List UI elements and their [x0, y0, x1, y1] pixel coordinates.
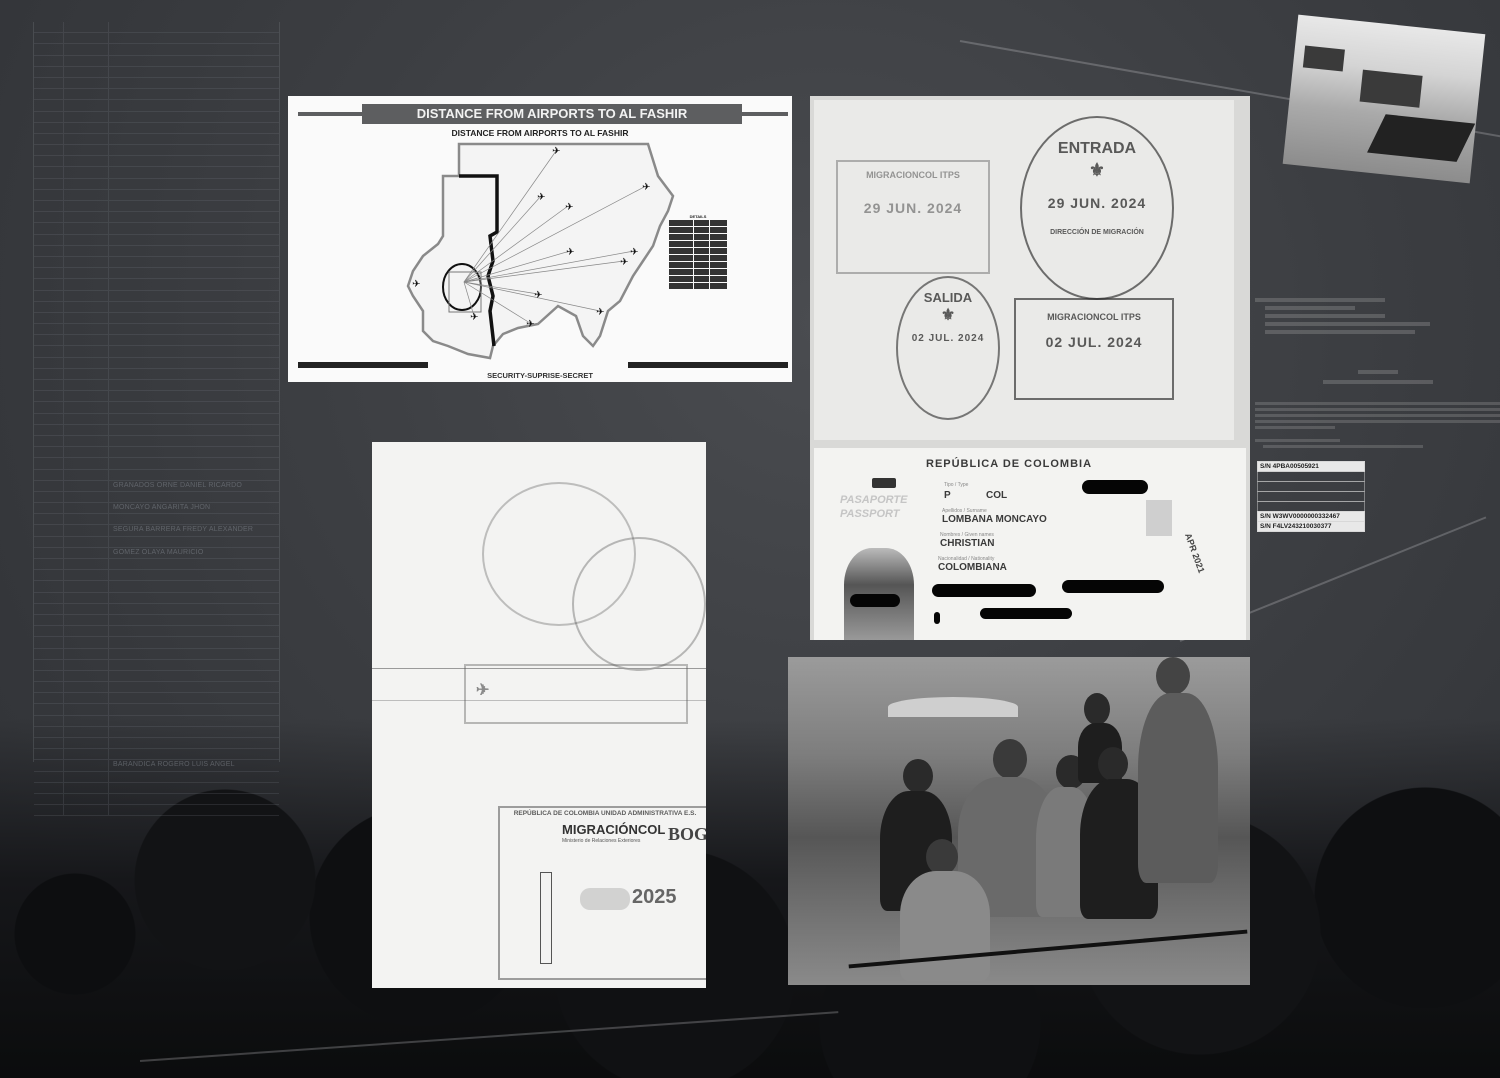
roster-row	[34, 212, 279, 223]
roster-cell-n	[34, 514, 64, 524]
passport-type: P	[944, 490, 951, 501]
serial-number-row: S/N F4LV243210030377	[1257, 521, 1365, 532]
roster-cell-n	[34, 257, 64, 267]
roster-cell-n	[34, 458, 64, 468]
map-details-row	[669, 248, 727, 254]
roster-cell-code	[64, 268, 109, 278]
roster-cell-n	[34, 716, 64, 726]
roster-cell-code	[64, 660, 109, 670]
roster-row	[34, 637, 279, 648]
roster-cell-name	[109, 593, 279, 603]
redaction-bar	[980, 608, 1072, 619]
roster-cell-n	[34, 67, 64, 77]
redaction-bar	[934, 612, 940, 624]
roster-cell-n	[34, 235, 64, 245]
passport-surname: LOMBANA MONCAYO	[942, 514, 1047, 525]
roster-cell-name	[109, 44, 279, 54]
roster-cell-name	[109, 604, 279, 614]
roster-row	[34, 89, 279, 100]
roster-cell-name	[109, 201, 279, 211]
roster-cell-n	[34, 335, 64, 345]
roster-cell-code	[64, 44, 109, 54]
roster-cell-code	[64, 414, 109, 424]
roster-cell-n	[34, 704, 64, 714]
roster-cell-code	[64, 514, 109, 524]
roster-cell-n	[34, 246, 64, 256]
roster-cell-code	[64, 548, 109, 558]
roster-cell-code	[64, 190, 109, 200]
roster-cell-name	[109, 458, 279, 468]
roster-cell-code	[64, 212, 109, 222]
coat-of-arms-icon: ⚜	[1022, 160, 1172, 181]
roster-cell-n	[34, 425, 64, 435]
roster-row	[34, 615, 279, 626]
roster-cell-code	[64, 346, 109, 356]
roster-row	[34, 100, 279, 111]
roster-cell-code	[64, 167, 109, 177]
roster-cell-name	[109, 402, 279, 412]
roster-cell-name	[109, 268, 279, 278]
roster-cell-name	[109, 570, 279, 580]
roster-cell-code	[64, 559, 109, 569]
roster-cell-n	[34, 660, 64, 670]
svg-text:✈: ✈	[630, 247, 638, 258]
roster-row	[34, 156, 279, 167]
umbrella	[888, 697, 1018, 717]
roster-cell-name	[109, 179, 279, 189]
roster-cell-code	[64, 100, 109, 110]
roster-cell-code	[64, 604, 109, 614]
roster-cell-name	[109, 369, 279, 379]
roster-cell-n	[34, 738, 64, 748]
roster-row	[34, 593, 279, 604]
roster-row	[34, 123, 279, 134]
roster-cell-name	[109, 671, 279, 681]
roster-cell-name	[109, 212, 279, 222]
roster-cell-code	[64, 324, 109, 334]
roster-row	[34, 716, 279, 727]
coat-of-arms-icon: ⚜	[898, 305, 998, 325]
roster-cell-n	[34, 190, 64, 200]
roster-row	[34, 380, 279, 391]
roster-cell-code	[64, 772, 109, 782]
roster-cell-name	[109, 738, 279, 748]
roster-cell-name	[109, 134, 279, 144]
svg-text:✈: ✈	[537, 192, 545, 203]
roster-row	[34, 235, 279, 246]
group-photograph	[788, 657, 1250, 985]
roster-cell-name	[109, 693, 279, 703]
roster-cell-code	[64, 358, 109, 368]
roster-cell-name	[109, 749, 279, 759]
roster-cell-code	[64, 380, 109, 390]
roster-row	[34, 134, 279, 145]
roster-row	[34, 436, 279, 447]
roster-row	[34, 223, 279, 234]
roster-row	[34, 537, 279, 548]
roster-cell-name: GOMEZ OLAYA MAURICIO	[109, 548, 279, 558]
roster-cell-n	[34, 604, 64, 614]
roster-cell-n	[34, 89, 64, 99]
roster-row: BARANDICA ROGERO LUIS ANGEL	[34, 760, 279, 771]
roster-row	[34, 693, 279, 704]
roster-cell-n	[34, 201, 64, 211]
roster-cell-name	[109, 67, 279, 77]
roster-cell-code	[64, 492, 109, 502]
roster-row	[34, 402, 279, 413]
roster-cell-code	[64, 671, 109, 681]
roster-cell-name	[109, 89, 279, 99]
roster-row	[34, 246, 279, 257]
redaction-bar	[932, 584, 1036, 597]
roster-cell-n	[34, 649, 64, 659]
salida-stamp: SALIDA ⚜ 02 JUL. 2024	[896, 276, 1000, 420]
redaction-bar	[1082, 480, 1148, 494]
roster-cell-name	[109, 167, 279, 177]
passport-visa-page: MIGRACIONCOL ITPS 29 JUN. 2024 ENTRADA ⚜…	[814, 100, 1234, 440]
roster-row: MONCAYO ANGARITA JHON	[34, 503, 279, 514]
passport-word-es: PASAPORTE	[840, 494, 907, 506]
roster-row	[34, 794, 279, 805]
map-details-row	[669, 269, 727, 275]
map-footer-classification: SECURITY-SUPRISE-SECRET	[288, 371, 792, 380]
roster-cell-n	[34, 794, 64, 804]
roster-cell-code	[64, 78, 109, 88]
roster-cell-code	[64, 179, 109, 189]
passport-given-names: CHRISTIAN	[940, 538, 994, 549]
passport-photo: MIGRACIONCOL ITPS 29 JUN. 2024 ENTRADA ⚜…	[810, 96, 1250, 640]
roster-row	[34, 805, 279, 816]
redaction-bar	[1062, 580, 1164, 593]
svg-text:✈: ✈	[552, 146, 560, 157]
roster-cell-code	[64, 593, 109, 603]
roster-cell-code	[64, 503, 109, 513]
roster-cell-n	[34, 156, 64, 166]
migracioncol-exit-stamp: MIGRACIONCOL ITPS 02 JUL. 2024	[1014, 298, 1174, 400]
roster-cell-n	[34, 167, 64, 177]
roster-cell-code	[64, 760, 109, 770]
roster-cell-name	[109, 156, 279, 166]
roster-cell-name	[109, 335, 279, 345]
svg-text:✈: ✈	[642, 182, 650, 193]
roster-cell-name	[109, 235, 279, 245]
roster-cell-n	[34, 223, 64, 233]
passport-word-en: PASSPORT	[840, 508, 900, 520]
roster-cell-n	[34, 581, 64, 591]
roster-row	[34, 514, 279, 525]
roster-row: GOMEZ OLAYA MAURICIO	[34, 548, 279, 559]
roster-row	[34, 302, 279, 313]
roster-cell-code	[64, 145, 109, 155]
roster-cell-code	[64, 783, 109, 793]
roster-cell-n	[34, 537, 64, 547]
roster-cell-code	[64, 693, 109, 703]
roster-cell-n	[34, 391, 64, 401]
roster-cell-n	[34, 291, 64, 301]
roster-row	[34, 626, 279, 637]
map-details-row	[669, 227, 727, 233]
roster-cell-name	[109, 447, 279, 457]
roster-cell-name	[109, 313, 279, 323]
roster-row	[34, 22, 279, 33]
roster-cell-n	[34, 268, 64, 278]
roster-row	[34, 268, 279, 279]
roster-row	[34, 492, 279, 503]
roster-cell-n	[34, 324, 64, 334]
roster-cell-n	[34, 559, 64, 569]
roster-cell-code	[64, 391, 109, 401]
roster-cell-code	[64, 235, 109, 245]
roster-cell-name	[109, 78, 279, 88]
roster-cell-code	[64, 749, 109, 759]
svg-text:✈: ✈	[534, 290, 542, 301]
roster-cell-name	[109, 470, 279, 480]
passport-data-page: REPÚBLICA DE COLOMBIA PASAPORTE PASSPORT…	[814, 448, 1246, 640]
roster-cell-name	[109, 637, 279, 647]
entrada-stamp: ENTRADA ⚜ 29 JUN. 2024 DIRECCIÓN DE MIGR…	[1020, 116, 1174, 300]
roster-cell-code	[64, 481, 109, 491]
roster-cell-code	[64, 402, 109, 412]
passport-country: REPÚBLICA DE COLOMBIA	[926, 458, 1092, 470]
roster-row	[34, 671, 279, 682]
roster-cell-code	[64, 134, 109, 144]
map-details-row	[669, 262, 727, 268]
roster-row	[34, 369, 279, 380]
passport-nationality: COLOMBIANA	[938, 562, 1007, 573]
roster-cell-n	[34, 33, 64, 43]
roster-cell-code	[64, 156, 109, 166]
roster-row: GRANADOS ORNE DANIEL RICARDO	[34, 481, 279, 492]
roster-row	[34, 44, 279, 55]
desert-vehicle-snapshot	[1283, 15, 1486, 184]
roster-cell-code	[64, 279, 109, 289]
roster-row: SEGURA BARRERA FREDY ALEXANDER	[34, 525, 279, 536]
roster-cell-code	[64, 425, 109, 435]
roster-cell-n	[34, 783, 64, 793]
roster-cell-name	[109, 291, 279, 301]
roster-cell-n	[34, 615, 64, 625]
roster-cell-n	[34, 358, 64, 368]
roster-cell-n	[34, 369, 64, 379]
roster-cell-code	[64, 649, 109, 659]
roster-cell-code	[64, 470, 109, 480]
roster-cell-code	[64, 223, 109, 233]
roster-cell-name	[109, 380, 279, 390]
roster-cell-code	[64, 447, 109, 457]
roster-cell-code	[64, 525, 109, 535]
roster-cell-name	[109, 358, 279, 368]
roster-row	[34, 112, 279, 123]
roster-row	[34, 414, 279, 425]
roster-cell-name	[109, 794, 279, 804]
map-details-row	[669, 276, 727, 282]
roster-cell-code	[64, 738, 109, 748]
roster-cell-name	[109, 123, 279, 133]
map-details-row	[669, 220, 727, 226]
roster-row	[34, 772, 279, 783]
roster-cell-n	[34, 22, 64, 32]
roster-cell-code	[64, 257, 109, 267]
roster-cell-n	[34, 682, 64, 692]
roster-row	[34, 291, 279, 302]
roster-row	[34, 570, 279, 581]
map-details-table: DETAILS	[669, 214, 727, 289]
roster-cell-code	[64, 291, 109, 301]
faded-report-text	[1255, 296, 1500, 451]
roster-row	[34, 682, 279, 693]
roster-cell-n	[34, 44, 64, 54]
roster-cell-n	[34, 145, 64, 155]
roster-cell-name	[109, 100, 279, 110]
roster-cell-name	[109, 704, 279, 714]
footer-bar-left	[298, 362, 428, 368]
roster-cell-name	[109, 257, 279, 267]
airplane-icon: ✈	[466, 680, 686, 700]
roster-cell-code	[64, 615, 109, 625]
roster-cell-name	[109, 514, 279, 524]
roster-row	[34, 425, 279, 436]
map-details-row	[669, 283, 727, 289]
roster-cell-n	[34, 671, 64, 681]
migracioncol-bog-stamp: REPÚBLICA DE COLOMBIA UNIDAD ADMINISTRAT…	[498, 806, 706, 980]
roster-cell-code	[64, 704, 109, 714]
roster-row	[34, 704, 279, 715]
passport-chip-icon	[872, 478, 896, 488]
roster-cell-code	[64, 458, 109, 468]
roster-cell-name	[109, 112, 279, 122]
roster-cell-name	[109, 346, 279, 356]
roster-cell-name	[109, 682, 279, 692]
map-details-row	[669, 255, 727, 261]
roster-row	[34, 358, 279, 369]
roster-cell-n	[34, 693, 64, 703]
roster-cell-code	[64, 626, 109, 636]
roster-row	[34, 33, 279, 44]
personnel-roster-table: GRANADOS ORNE DANIEL RICARDOMONCAYO ANGA…	[33, 22, 280, 762]
roster-cell-name	[109, 324, 279, 334]
roster-cell-n	[34, 727, 64, 737]
roster-cell-name	[109, 581, 279, 591]
roster-row	[34, 56, 279, 67]
roster-cell-n	[34, 570, 64, 580]
roster-row	[34, 649, 279, 660]
roster-cell-n	[34, 593, 64, 603]
roster-cell-name: SEGURA BARRERA FREDY ALEXANDER	[109, 525, 279, 535]
roster-row	[34, 67, 279, 78]
roster-cell-code	[64, 33, 109, 43]
passport-country-code: COL	[986, 490, 1007, 501]
roster-row	[34, 660, 279, 671]
roster-row	[34, 257, 279, 268]
blurred-date	[580, 888, 630, 910]
roster-row	[34, 749, 279, 760]
roster-row	[34, 201, 279, 212]
roster-cell-code	[64, 112, 109, 122]
footer-bar-right	[628, 362, 788, 368]
svg-text:✈: ✈	[566, 247, 574, 258]
map-details-title: DETAILS	[669, 214, 727, 219]
svg-text:✈: ✈	[470, 312, 478, 323]
roster-cell-n	[34, 402, 64, 412]
roster-cell-n	[34, 749, 64, 759]
roster-cell-name	[109, 56, 279, 66]
roster-cell-name	[109, 190, 279, 200]
roster-row	[34, 559, 279, 570]
roster-cell-code	[64, 22, 109, 32]
roster-cell-code	[64, 716, 109, 726]
roster-row	[34, 604, 279, 615]
roster-cell-n	[34, 112, 64, 122]
roster-cell-code	[64, 335, 109, 345]
roster-cell-n	[34, 56, 64, 66]
roster-row	[34, 324, 279, 335]
roster-row	[34, 279, 279, 290]
map-details-row	[669, 234, 727, 240]
roster-cell-code	[64, 302, 109, 312]
map-slide: DISTANCE FROM AIRPORTS TO AL FASHIR DIST…	[288, 96, 792, 382]
map-details-row	[669, 241, 727, 247]
roster-cell-n	[34, 279, 64, 289]
roster-cell-n	[34, 492, 64, 502]
passport-side-stamp: APR 2021	[1183, 532, 1207, 574]
roster-cell-n	[34, 313, 64, 323]
roster-cell-n	[34, 470, 64, 480]
roster-cell-name	[109, 615, 279, 625]
roster-cell-code	[64, 805, 109, 815]
roster-row	[34, 179, 279, 190]
roster-row	[34, 391, 279, 402]
roster-row	[34, 78, 279, 89]
roster-cell-n	[34, 760, 64, 770]
roster-row	[34, 346, 279, 357]
roster-cell-name	[109, 727, 279, 737]
roster-cell-n	[34, 481, 64, 491]
roster-cell-code	[64, 123, 109, 133]
roster-cell-n	[34, 548, 64, 558]
roster-cell-code	[64, 682, 109, 692]
roster-cell-name	[109, 302, 279, 312]
passport-ghost-photo	[1146, 500, 1172, 536]
svg-text:✈: ✈	[620, 257, 628, 268]
roster-row	[34, 313, 279, 324]
roster-cell-name	[109, 559, 279, 569]
roster-cell-n	[34, 805, 64, 815]
roster-cell-n	[34, 78, 64, 88]
roster-cell-code	[64, 570, 109, 580]
roster-row	[34, 335, 279, 346]
roster-cell-name	[109, 246, 279, 256]
svg-text:✈: ✈	[565, 202, 573, 213]
roster-cell-n	[34, 447, 64, 457]
roster-cell-name	[109, 716, 279, 726]
roster-cell-name	[109, 492, 279, 502]
roster-cell-name	[109, 649, 279, 659]
faded-rect-stamp: ✈	[464, 664, 688, 724]
roster-cell-n	[34, 134, 64, 144]
roster-cell-name	[109, 626, 279, 636]
svg-text:✈: ✈	[526, 319, 534, 330]
roster-cell-name	[109, 414, 279, 424]
roster-cell-code	[64, 313, 109, 323]
roster-cell-name	[109, 436, 279, 446]
roster-cell-name	[109, 223, 279, 233]
roster-row	[34, 738, 279, 749]
roster-cell-n	[34, 123, 64, 133]
roster-cell-n	[34, 503, 64, 513]
roster-cell-code	[64, 246, 109, 256]
roster-cell-name	[109, 783, 279, 793]
roster-cell-code	[64, 581, 109, 591]
